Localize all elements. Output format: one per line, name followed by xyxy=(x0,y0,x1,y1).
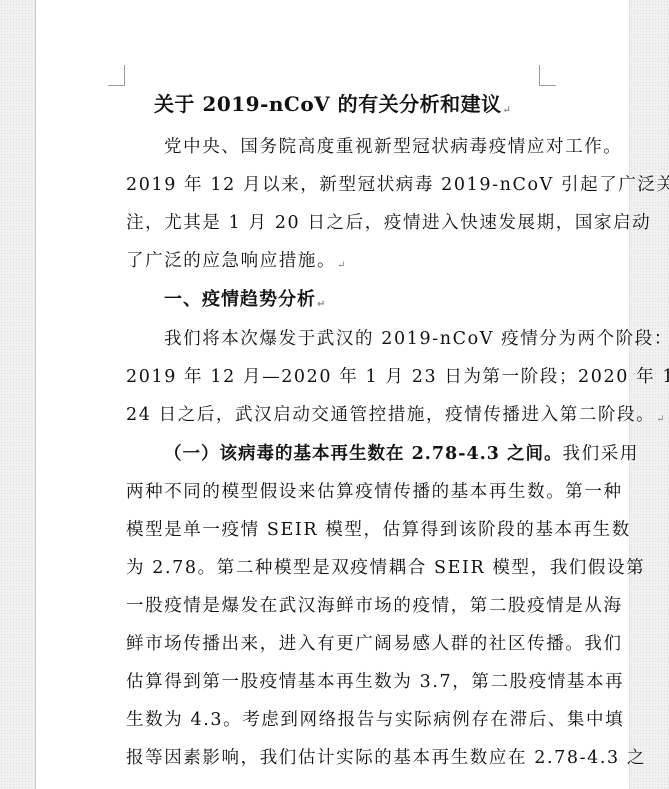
section-paragraph-line: 2019 年 12 月—2020 年 1 月 23 日为第一阶段；2020 年 … xyxy=(126,366,546,388)
paragraph-mark-icon: ↵ xyxy=(503,105,511,116)
subsection-paragraph-line: 两种不同的模型假设来估算疫情传播的基本再生数。第一种 xyxy=(126,481,546,503)
margin-corner-marker-top-right xyxy=(539,65,556,86)
intro-line: 了广泛的应急响应措施。↵ xyxy=(126,250,546,277)
paragraph-mark-icon: ↵ xyxy=(317,299,325,310)
subsection-paragraph-line: 报等因素影响，我们估计实际的基本再生数应在 2.78-4.3 之 xyxy=(126,747,546,769)
document-page[interactable]: 关于 2019-nCoV 的有关分析和建议↵ 党中央、国务院高度重视新型冠状病毒… xyxy=(35,0,630,789)
section-paragraph-line: 我们将本次爆发于武汉的 2019-nCoV 疫情分为两个阶段： xyxy=(126,328,584,350)
section-heading: 一、疫情趋势分析↵ xyxy=(126,289,584,316)
paragraph-mark-icon: ↵ xyxy=(337,260,345,271)
subsection-paragraph-line: 鲜市场传播出来，进入有更广阔易感人群的社区传播。我们 xyxy=(126,633,546,655)
margin-corner-marker-top-left xyxy=(108,65,125,86)
paragraph-mark-icon: ↵ xyxy=(656,414,664,425)
section-paragraph-line: 24 日之后，武汉启动交通管控措施，疫情传播进入第二阶段。↵ xyxy=(126,404,546,431)
intro-line: 2019 年 12 月以来，新型冠状病毒 2019-nCoV 引起了广泛关 xyxy=(126,174,546,196)
intro-line: 党中央、国务院高度重视新型冠状病毒疫情应对工作。 xyxy=(126,136,584,158)
subsection-paragraph-line: 估算得到第一股疫情基本再生数为 3.7，第二股疫情基本再 xyxy=(126,671,546,693)
subsection-paragraph-line: 为 2.78。第二种模型是双疫情耦合 SEIR 模型，我们假设第 xyxy=(126,557,546,579)
subsection-paragraph-line: 模型是单一疫情 SEIR 模型，估算得到该阶段的基本再生数 xyxy=(126,519,546,541)
subsection-lead: （一）该病毒的基本再生数在 2.78-4.3 之间。 xyxy=(164,444,563,464)
document-title: 关于 2019-nCoV 的有关分析和建议↵ xyxy=(36,93,629,122)
subsection-lead-line: （一）该病毒的基本再生数在 2.78-4.3 之间。我们采用 xyxy=(126,443,584,465)
subsection-paragraph-line: 生数为 4.3。考虑到网络报告与实际病例存在滞后、集中填 xyxy=(126,709,546,731)
subsection-paragraph-line: 一股疫情是爆发在武汉海鲜市场的疫情，第二股疫情是从海 xyxy=(126,595,546,617)
intro-line: 注，尤其是 1 月 20 日之后，疫情进入快速发展期，国家启动 xyxy=(126,212,546,234)
